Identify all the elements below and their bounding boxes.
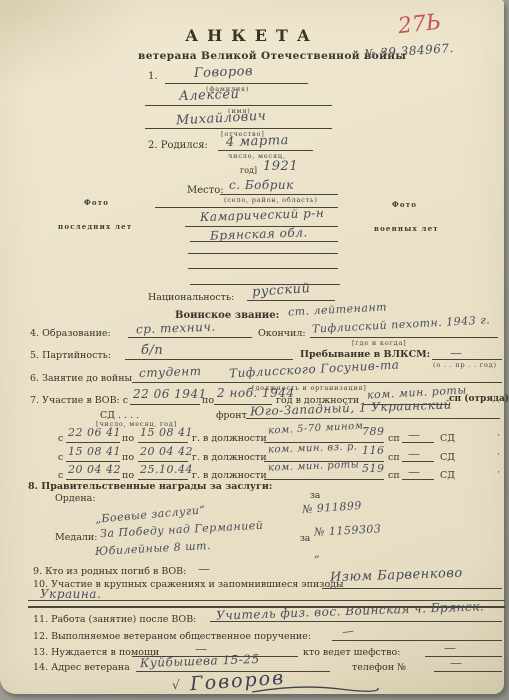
underline: [210, 621, 502, 622]
underline: [66, 442, 120, 443]
row-g: г. в должности: [192, 470, 267, 481]
row-po: по: [122, 433, 134, 444]
relatives-lost-value: —: [198, 562, 211, 576]
graduated-value: Тифлисский пехотн. 1943 г.: [312, 313, 491, 335]
row-mark: ·: [497, 467, 500, 478]
postwar-work-value: Учитель физ. вос. Воинская ч. Брянск.: [216, 599, 485, 622]
za-label-1: за: [310, 491, 320, 501]
firstname-value: Алексей: [179, 87, 240, 104]
patronage-value: —: [444, 641, 457, 655]
address-value: Куйбышева 15-25: [140, 652, 260, 670]
row-mark: ·: [497, 430, 500, 441]
signature-flourish: [250, 684, 380, 698]
underline: [128, 337, 252, 338]
underline: [165, 83, 308, 84]
underline: [190, 241, 338, 242]
row-sd: СД: [440, 452, 455, 463]
row-to: 25.10.44: [140, 463, 193, 476]
underline: [145, 105, 332, 106]
underline: [218, 150, 313, 151]
underline: [246, 418, 500, 419]
row-unit: 789: [362, 425, 385, 438]
place-village-label: (село, район, область): [224, 196, 318, 204]
war-participation-label: 7. Участие в ВОВ: с: [30, 395, 128, 406]
phone-value: —: [450, 656, 463, 670]
address-label: 14. Адрес ветерана: [33, 662, 130, 673]
party-label: 5. Партийность:: [30, 350, 111, 361]
photo-right-caption-line2: военных лет: [374, 224, 439, 233]
education-label: 4. Образование:: [30, 328, 111, 339]
nationality-value: русский: [252, 281, 311, 300]
row-dash: —: [408, 428, 421, 442]
row-to: 15 08 41: [140, 426, 193, 439]
row-sp: сп: [388, 433, 400, 444]
public-duty-label: 12. Выполняемое ветераном общественное п…: [33, 631, 311, 642]
public-duty-value: —: [341, 623, 355, 639]
underline: [220, 194, 338, 195]
row-duty: ком. мин. вз. р.: [268, 441, 358, 455]
medal1-number: № 1159303: [314, 522, 382, 539]
row-po: по: [122, 452, 134, 463]
signature-check: √: [172, 678, 180, 692]
row-c: с: [58, 452, 63, 463]
underline: [188, 268, 338, 269]
underline: [66, 479, 120, 480]
row-g: г. в должности: [192, 452, 267, 463]
patronage-label: кто ведет шефство:: [303, 647, 400, 658]
underline: [188, 253, 338, 254]
photo-left-caption-line2: последних лет: [58, 222, 132, 231]
military-rank-label: Воинское звание:: [175, 310, 279, 321]
nationality-label: Национальность:: [148, 292, 234, 303]
born-label: 2. Родился:: [148, 140, 208, 151]
postwar-work-label: 11. Работа (занятие) после ВОВ:: [33, 614, 196, 625]
place-label: Место:: [187, 185, 224, 196]
photo-left-caption-line1: Фото: [84, 198, 109, 207]
prewar-occupation-label: 6. Занятие до войны: [30, 373, 132, 384]
year-value: 1921: [263, 159, 298, 174]
row-sp: сп: [388, 452, 400, 463]
ditto-mark: „: [314, 547, 320, 560]
medal2-value: Юбилейные 8 шт.: [95, 539, 212, 558]
graduated-sublabel: [где и когда]: [352, 339, 406, 347]
phone-label: телефон №: [352, 662, 406, 673]
underline: [434, 671, 502, 672]
underline: [402, 479, 434, 480]
graduated-label: Окончил:: [258, 328, 306, 339]
row-sd: СД: [440, 433, 455, 444]
front-label: фронт: [216, 410, 247, 421]
underline: [138, 442, 188, 443]
row-unit: 519: [362, 462, 385, 475]
patronymic-value: Михайлович: [176, 109, 267, 129]
orders-label: Ордена:: [55, 493, 96, 504]
row-from: 15 08 41: [68, 445, 121, 458]
relatives-lost-label: 9. Кто из родных погиб в ВОВ:: [33, 566, 186, 577]
underline: [310, 337, 498, 338]
underline: [402, 442, 434, 443]
underline: [125, 359, 293, 360]
underline: [332, 640, 502, 641]
prewar-occupation-value1: студент: [139, 364, 202, 380]
surname-value: Говоров: [194, 64, 254, 81]
war-from-value: 22 06 1941: [133, 387, 207, 401]
underline: [132, 382, 502, 383]
row-unit: 116: [362, 444, 385, 457]
underline: [66, 461, 120, 462]
underline: [138, 479, 188, 480]
order1-number: № 911899: [302, 499, 363, 516]
row-from: 20 04 42: [68, 463, 121, 476]
za-label-2: за: [300, 534, 310, 544]
party-value: б/п: [141, 343, 163, 358]
underline: [432, 359, 502, 360]
battles-value-line1: Изюм Барвенково: [330, 566, 463, 586]
war-duty-tail-label: сп (отряда): [449, 394, 509, 404]
row-c: с: [58, 433, 63, 444]
row-duty: ком. 5-70 мином.: [268, 420, 368, 436]
battles-value-line2: Украина.: [40, 587, 101, 601]
underline: [145, 128, 332, 129]
underline: [322, 588, 502, 589]
row-to: 20 04 42: [140, 445, 193, 458]
underline: [425, 656, 502, 657]
place-district-value: Камарический р-н: [200, 206, 325, 224]
war-po-label: по: [202, 395, 214, 406]
row-c: с: [58, 470, 63, 481]
questionnaire-page: 27Ь АНКЕТА ветерана Великой Отечественно…: [0, 0, 504, 694]
item1-number: 1.: [148, 71, 158, 82]
row-duty: ком. мин. роты: [268, 459, 360, 473]
military-rank-value: ст. лейтенант: [288, 300, 388, 318]
row-dash: —: [408, 447, 421, 461]
komsomol-value: —: [450, 346, 463, 360]
row-sp: сп: [388, 470, 400, 481]
row-po: по: [122, 470, 134, 481]
medals-label: Медали:: [55, 532, 97, 543]
underline: [247, 300, 335, 301]
born-daymonth-value: 4 марта: [226, 133, 289, 150]
row-g: г. в должности: [192, 433, 267, 444]
row-from: 22 06 41: [68, 426, 121, 439]
underline: [264, 479, 384, 480]
row-mark: ·: [497, 449, 500, 460]
prewar-occupation-value2: Тифлисского Госунив-та: [229, 358, 400, 381]
underline: [138, 461, 188, 462]
awards-header: 8. Правительственные награды за заслуги:: [28, 481, 272, 492]
photo-right-caption-line1: Фото: [392, 200, 417, 209]
row-dash: —: [408, 465, 421, 479]
education-value: ср. технич.: [136, 320, 216, 337]
place-village-value: с. Бобрик: [229, 178, 294, 192]
underline: [130, 404, 200, 405]
underline: [402, 461, 434, 462]
row-sd: СД: [440, 470, 455, 481]
komsomol-sublabel: (о . . пр . . год): [433, 361, 497, 369]
year-label: год]: [240, 166, 257, 175]
